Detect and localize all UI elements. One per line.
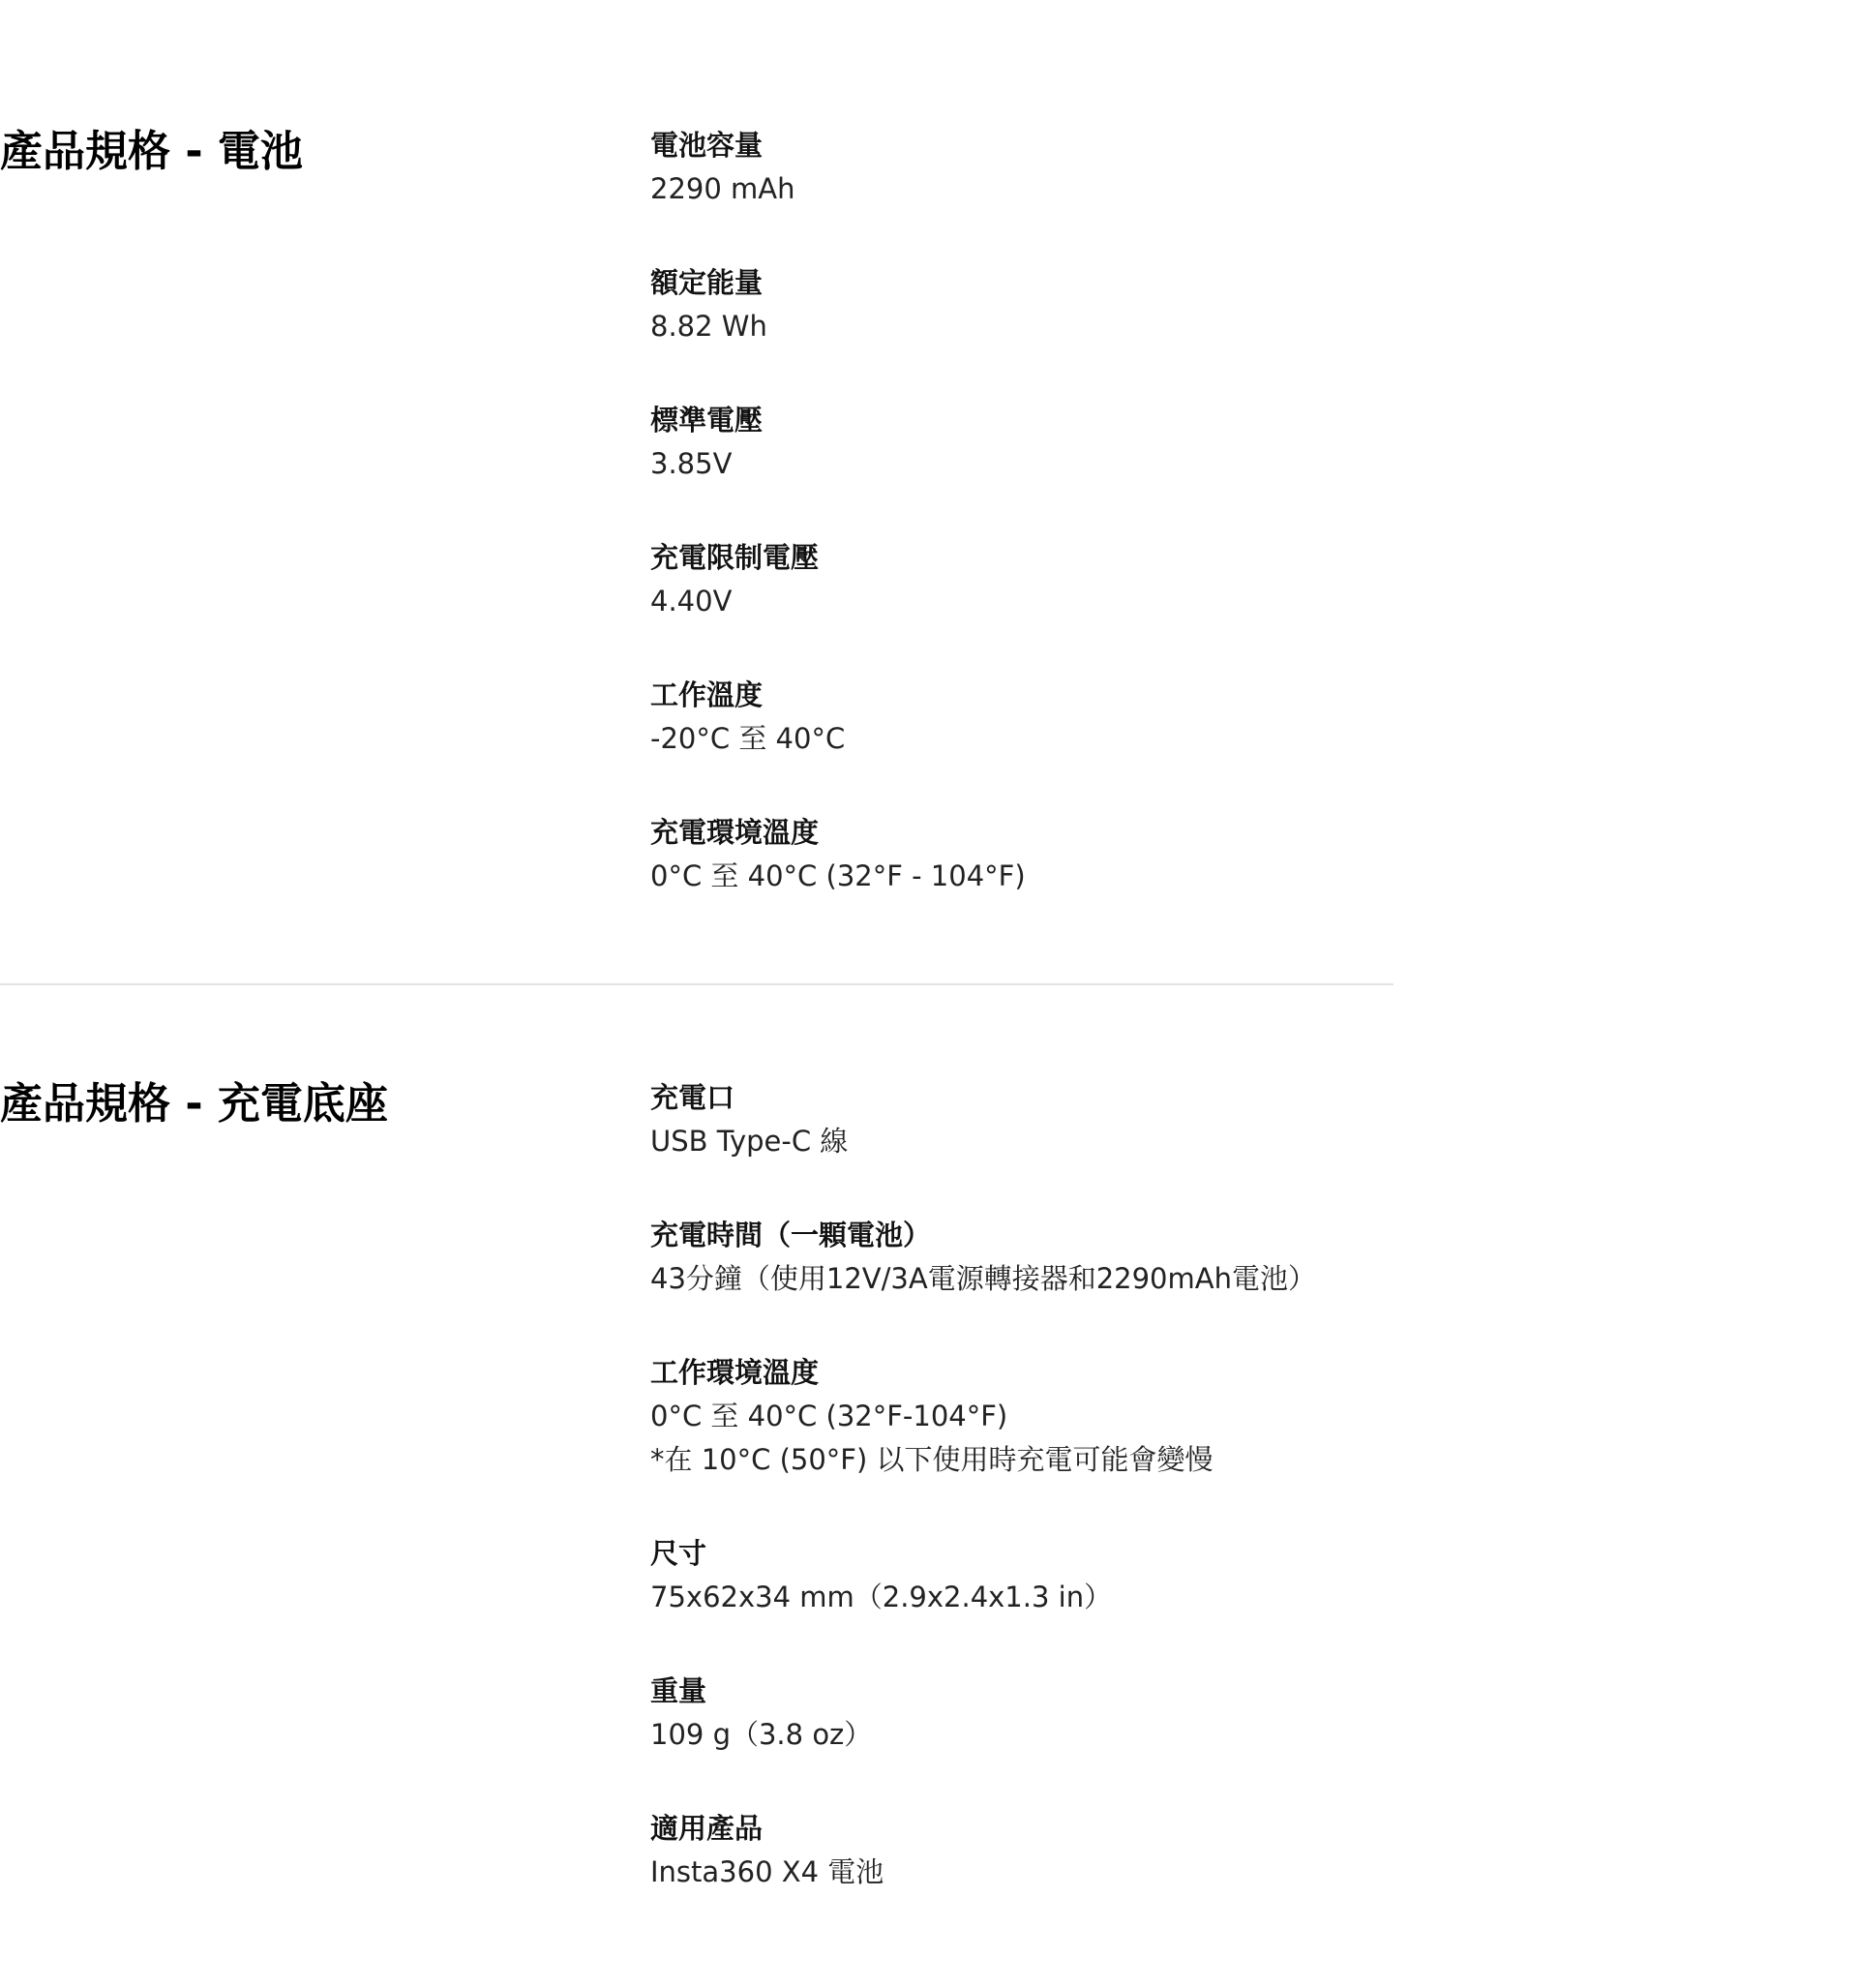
spec-value: 4.40V [650,580,1393,623]
spec-item-charging-port: 充電口 USB Type-C 線 [650,1076,1393,1163]
spec-item-dimensions: 尺寸 75x62x34 mm（2.9x2.4x1.3 in） [650,1532,1393,1619]
spec-value: 0°C 至 40°C (32°F - 104°F) [650,855,1393,898]
battery-spec-section: 產品規格 - 電池 電池容量 2290 mAh 額定能量 8.82 Wh 標準電… [0,0,1393,983]
spec-item-battery-capacity: 電池容量 2290 mAh [650,124,1393,211]
spec-value: -20°C 至 40°C [650,717,1393,761]
spec-value: 2290 mAh [650,167,1393,211]
spec-item-nominal-voltage: 標準電壓 3.85V [650,399,1393,486]
spec-value: 75x62x34 mm（2.9x2.4x1.3 in） [650,1576,1393,1619]
spec-item-charge-limit-voltage: 充電限制電壓 4.40V [650,536,1393,623]
spec-value: 8.82 Wh [650,305,1393,348]
charging-dock-spec-section: 產品規格 - 充電底座 充電口 USB Type-C 線 充電時間（一顆電池） … [0,985,1393,1894]
battery-spec-list: 電池容量 2290 mAh 額定能量 8.82 Wh 標準電壓 3.85V 充電… [650,124,1393,898]
spec-label: 充電環境溫度 [650,811,1393,855]
spec-label: 電池容量 [650,124,1393,167]
spec-value: Insta360 X4 電池 [650,1851,1393,1894]
spec-item-operating-environment-temperature: 工作環境溫度 0°C 至 40°C (32°F-104°F) *在 10°C (… [650,1351,1393,1482]
section-heading-charging-dock: 產品規格 - 充電底座 [0,1076,650,1132]
spec-value: 0°C 至 40°C (32°F-104°F) [650,1395,1393,1438]
spec-value: 3.85V [650,442,1393,486]
section-heading-battery: 產品規格 - 電池 [0,124,650,180]
spec-value: USB Type-C 線 [650,1120,1393,1163]
spec-label: 充電限制電壓 [650,536,1393,580]
spec-item-rated-energy: 額定能量 8.82 Wh [650,261,1393,348]
spec-item-charging-time: 充電時間（一顆電池） 43分鐘（使用12V/3A電源轉接器和2290mAh電池） [650,1214,1393,1301]
spec-label: 重量 [650,1670,1393,1713]
spec-value: 109 g（3.8 oz） [650,1713,1393,1757]
spec-item-weight: 重量 109 g（3.8 oz） [650,1670,1393,1757]
spec-value: 43分鐘（使用12V/3A電源轉接器和2290mAh電池） [650,1257,1393,1301]
spec-page: 產品規格 - 電池 電池容量 2290 mAh 額定能量 8.82 Wh 標準電… [0,0,1393,1894]
spec-label: 標準電壓 [650,399,1393,442]
spec-label: 尺寸 [650,1532,1393,1576]
spec-label: 額定能量 [650,261,1393,305]
spec-label: 工作環境溫度 [650,1351,1393,1395]
spec-item-charging-temperature: 充電環境溫度 0°C 至 40°C (32°F - 104°F) [650,811,1393,898]
spec-label: 工作溫度 [650,674,1393,717]
charging-dock-spec-list: 充電口 USB Type-C 線 充電時間（一顆電池） 43分鐘（使用12V/3… [650,1076,1393,1894]
spec-note: *在 10°C (50°F) 以下使用時充電可能會變慢 [650,1438,1393,1482]
spec-item-operating-temperature: 工作溫度 -20°C 至 40°C [650,674,1393,761]
spec-label: 適用產品 [650,1807,1393,1851]
spec-label: 充電口 [650,1076,1393,1120]
spec-label: 充電時間（一顆電池） [650,1214,1393,1257]
spec-item-compatible-products: 適用產品 Insta360 X4 電池 [650,1807,1393,1894]
